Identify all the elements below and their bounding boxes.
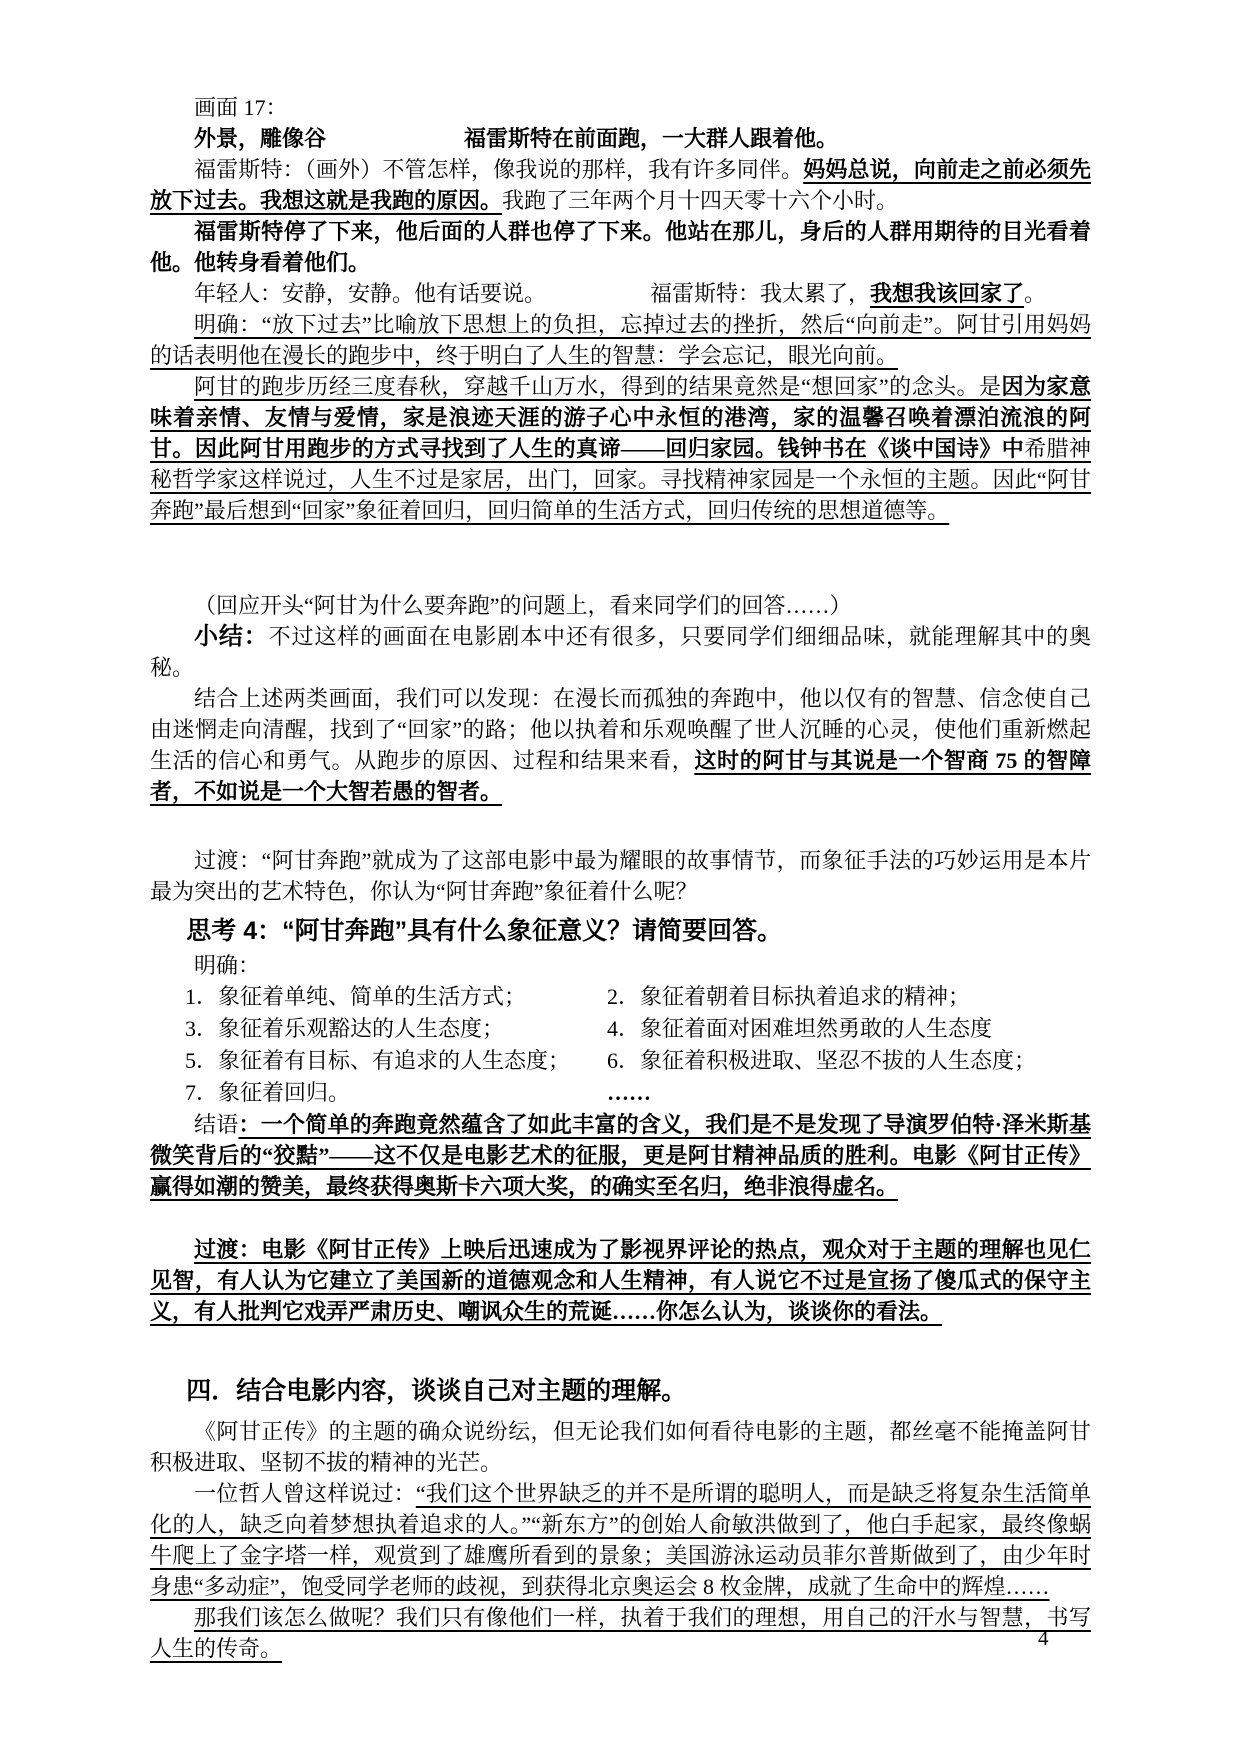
document-page: 画面 17： 外景，雕像谷福雷斯特在前面跑，一大群人跟着他。 福雷斯特：（画外）… <box>0 0 1241 1754</box>
scene-number-line: 画面 17： <box>150 92 1091 123</box>
spacer <box>150 1202 1091 1234</box>
summary-paragraph: 小结：不过这样的画面在电影剧本中还有很多，只要同学们细细品味，就能理解其中的奥秘… <box>150 621 1091 683</box>
analysis-paragraph: 阿甘的跑步历经三度春秋，穿越千山万水，得到的结果竟然是“想回家”的念头。是因为家… <box>150 371 1091 526</box>
epilogue-label: 结语 <box>194 1112 238 1137</box>
dialogue-young-man-text: 年轻人：安静，安静。他有话要说。 <box>194 281 546 306</box>
section4-paragraph-1: 《阿甘正传》的主题的确众说纷纭，但无论我们如何看待电影的主题，都丝毫不能掩盖阿甘… <box>150 1416 1091 1478</box>
spacer <box>150 807 1091 845</box>
epilogue-paragraph: 结语：一个简单的奔跑竟然蕴含了如此丰富的含义，我们是不是发现了导演罗伯特·泽米斯… <box>150 1109 1091 1202</box>
symbol-meaning-list: 1．象征着单纯、简单的生活方式； 2．象征着朝着目标执着追求的精神； 3．象征着… <box>150 981 1091 1109</box>
clarification-paragraph: 明确：“放下过去”比喻放下思想上的负担，忘掉过去的挫折，然后“向前走”。阿甘引用… <box>150 309 1091 371</box>
section4-paragraph-2: 一位哲人曾这样说过：“我们这个世界缺乏的并不是所谓的聪明人，而是缺乏将复杂生活简… <box>150 1478 1091 1602</box>
aside-note: （回应开头“阿甘为什么要奔跑”的问题上，看来同学们的回答……） <box>150 590 1091 621</box>
document-content: 画面 17： 外景，雕像谷福雷斯特在前面跑，一大群人跟着他。 福雷斯特：（画外）… <box>150 92 1091 1664</box>
list-item-1: 1．象征着单纯、简单的生活方式； <box>185 981 607 1013</box>
philosopher-lead: 一位哲人曾这样说过： <box>194 1481 416 1506</box>
dialogue-forrest-1-text: 福雷斯特：（画外）不管怎样，像我说的那样，我有许多同伴。 <box>194 157 803 182</box>
list-item-4: 4．象征着面对困难坦然勇敢的人生态度 <box>607 1013 1091 1045</box>
think4-heading: 思考 4：“阿甘奔跑”具有什么象征意义？请简要回答。 <box>150 913 1091 950</box>
list-item-3: 3．象征着乐观豁达的人生态度； <box>185 1013 607 1045</box>
list-ellipsis: …… <box>607 1077 1091 1109</box>
page-number: 4 <box>1038 1626 1049 1650</box>
dialogue-forrest-1: 福雷斯特：（画外）不管怎样，像我说的那样，我有许多同伴。妈妈总说，向前走之前必须… <box>150 154 1091 216</box>
summary-text: 不过这样的画面在电影剧本中还有很多，只要同学们细细品味，就能理解其中的奥秘。 <box>150 624 1091 680</box>
dialogue-forrest-1-tail: 我跑了三年两个月十四天零十六个小时。 <box>502 188 898 213</box>
analysis-lead: 阿甘的跑步历经三度春秋，穿越千山万水，得到的结果竟然是“想回家”的念头。是 <box>194 374 1002 399</box>
section4-heading: 四．结合电影内容，谈谈自己对主题的理解。 <box>150 1373 1091 1410</box>
scene-action-text: 福雷斯特在前面跑，一大群人跟着他。 <box>464 126 838 151</box>
scene-heading-line: 外景，雕像谷福雷斯特在前面跑，一大群人跟着他。 <box>150 123 1091 154</box>
spacer <box>150 1327 1091 1373</box>
dialogue-forrest-2-text: 福雷斯特：我太累了， <box>650 281 870 306</box>
dialogue-forrest-2-emphasis: 我想我该回家了 <box>870 281 1024 306</box>
epilogue-text: ：一个简单的奔跑竟然蕴含了如此丰富的含义，我们是不是发现了导演罗伯特·泽米斯基微… <box>150 1112 1091 1199</box>
action-description: 福雷斯特停了下来，他后面的人群也停了下来。他站在那儿，身后的人群用期待的目光看着… <box>150 216 1091 278</box>
list-item-5: 5．象征着有目标、有追求的人生态度； <box>185 1045 607 1077</box>
dialogue-forrest-2-period: 。 <box>1024 281 1046 306</box>
spacer <box>150 526 1091 590</box>
summary-label: 小结： <box>194 623 269 650</box>
list-item-6: 6．象征着积极进取、坚忍不拔的人生态度； <box>607 1045 1091 1077</box>
list-item-2: 2．象征着朝着目标执着追求的精神； <box>607 981 1091 1013</box>
list-item-7: 7．象征着回归。 <box>185 1077 607 1109</box>
conclusion-paragraph: 结合上述两类画面，我们可以发现：在漫长而孤独的奔跑中，他以仅有的智慧、信念使自己… <box>150 683 1091 807</box>
scene-number-text: 画面 17： <box>194 95 288 120</box>
transition-1: 过渡：“阿甘奔跑”就成为了这部电影中最为耀眼的故事情节，而象征手法的巧妙运用是本… <box>150 845 1091 907</box>
dialogue-line-2: 年轻人：安静，安静。他有话要说。福雷斯特：我太累了，我想我该回家了。 <box>150 278 1091 309</box>
scene-location-text: 外景，雕像谷 <box>194 126 326 151</box>
mingque-label: 明确： <box>150 950 1091 981</box>
section4-paragraph-3: 那我们该怎么做呢？我们只有像他们一样，执着于我们的理想，用自己的汗水与智慧，书写… <box>150 1602 1091 1664</box>
transition-2: 过渡：电影《阿甘正传》上映后迅速成为了影视界评论的热点，观众对于主题的理解也见仁… <box>150 1234 1091 1327</box>
